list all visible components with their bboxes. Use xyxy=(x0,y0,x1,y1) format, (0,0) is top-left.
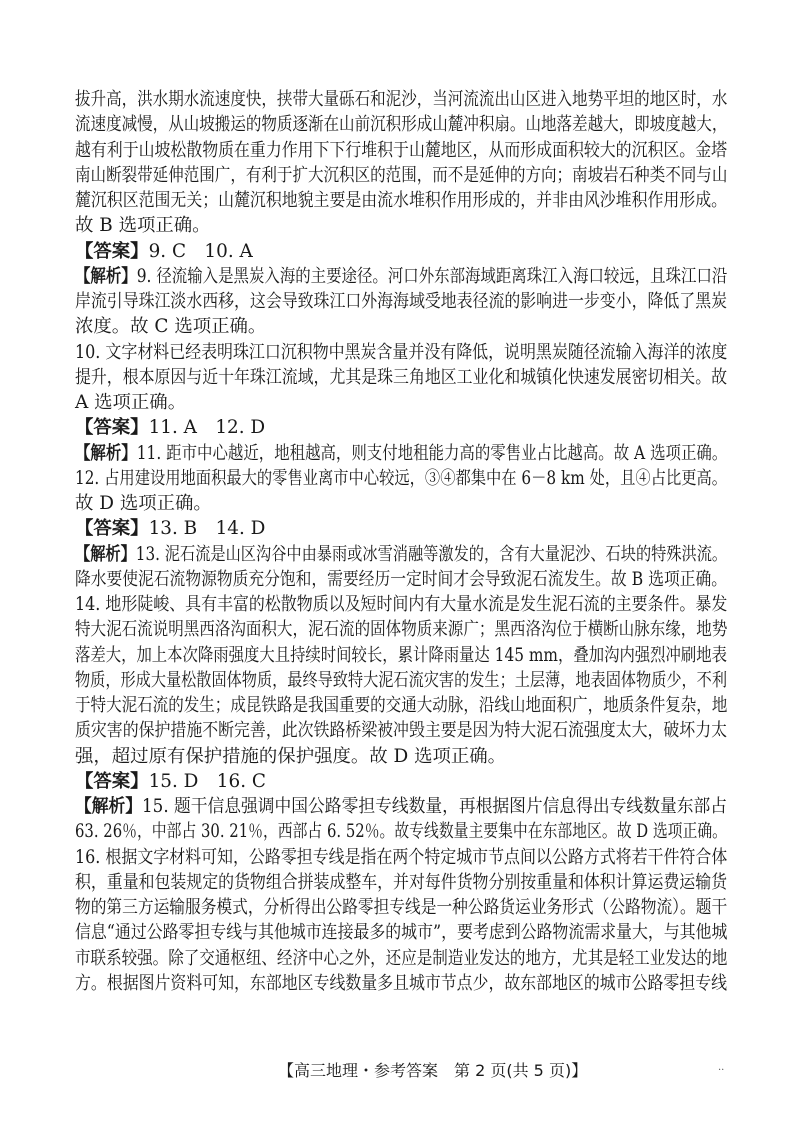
line-text: 12. 占用建设用地面积最大的零售业离市中心较远，③④都集中在 6－8 km 处… xyxy=(75,468,727,489)
text-line: 岸流引导珠江淡水西移，这会导致珠江口外海海域受地表径流的影响进一步变小，降低了黑… xyxy=(75,289,727,314)
line-text: 故 D 选项正确。 xyxy=(75,493,212,514)
line-text: 13. 泥石流是山区沟谷中由暴雨或冰雪消融等激发的，含有大量泥沙、石块的特殊洪流… xyxy=(136,544,727,565)
line-text: 15. 题干信息强调中国公路零担专线数量，再根据图片信息得出专线数量东部占 xyxy=(142,796,727,817)
text-line: 14. 地形陡峻、具有丰富的松散物质以及短时间内有大量水流是发生泥石流的主要条件… xyxy=(75,592,727,617)
text-line: 物的第三方运输服务模式，分析得出公路零担专线是一种公路货运业务形式（公路物流）。… xyxy=(75,895,727,920)
text-line: 故 D 选项正确。 xyxy=(75,491,727,516)
line-text: 越有利于山坡松散物质在重力作用下下行堆积于山麓地区，从而形成面积较大的沉积区。金… xyxy=(75,140,727,161)
line-text: A 选项正确。 xyxy=(75,392,186,413)
text-line: 落差大，加上本次降雨强度大且持续时间较长，累计降雨量达 145 mm，叠加沟内强… xyxy=(75,643,727,668)
page-footer: 【高三地理・参考答案 第 2 页(共 5 页)】 xyxy=(278,1058,587,1081)
line-text: 63. 26％，中部占 30. 21％，西部占 6. 52％。故专线数量主要集中… xyxy=(75,821,727,842)
line-text: 拔升高，洪水期水流速度快，挟带大量砾石和泥沙，当河流流出山区进入地势平坦的地区时… xyxy=(75,89,727,110)
line-text: 南山断裂带延伸范围广，有利于扩大沉积区的范围，而不是延伸的方向；南坡岩石种类不同… xyxy=(75,165,727,186)
text-line: 流速度减慢，从山坡搬运的物质逐渐在山前沉积形成山麓冲积扇。山地落差越大，即坡度越… xyxy=(75,112,727,137)
answer-line: 【答案】11. A 12. D xyxy=(75,415,727,440)
line-text: 提升，根本原因与近十年珠江流域，尤其是珠三角地区工业化和城镇化快速发展密切相关。… xyxy=(75,367,727,388)
answer-line: 【答案】15. D 16. C xyxy=(75,769,727,794)
text-line: 麓沉积区范围无关；山麓沉积地貌主要是由流水堆积作用形成的，并非由风沙堆积作用形成… xyxy=(75,188,727,213)
line-text: 市联系较强。除了交通枢纽、经济中心之外，还应是制造业发达的地方，尤其是轻工业发达… xyxy=(75,948,727,969)
answer-line: 【答案】13. B 14. D xyxy=(75,516,727,541)
text-line: 降水要使泥石流物源物质充分饱和，需要经历一定时间才会导致泥石流发生。故 B 选项… xyxy=(75,567,727,592)
text-line: 浓度。故 C 选项正确。 xyxy=(75,314,727,339)
line-text: 11. A 12. D xyxy=(149,417,266,438)
analysis-label: 【解析】 xyxy=(75,266,137,287)
text-line: 拔升高，洪水期水流速度快，挟带大量砾石和泥沙，当河流流出山区进入地势平坦的地区时… xyxy=(75,87,727,112)
analysis-label: 【解析】 xyxy=(75,796,142,817)
text-line: 越有利于山坡松散物质在重力作用下下行堆积于山麓地区，从而形成面积较大的沉积区。金… xyxy=(75,138,727,163)
line-text: 故 B 选项正确。 xyxy=(75,215,211,236)
line-text: 16. 根据文字材料可知，公路零担专线是指在两个特定城市节点间以公路方式将若干件… xyxy=(75,847,727,868)
line-text: 落差大，加上本次降雨强度大且持续时间较长，累计降雨量达 145 mm，叠加沟内强… xyxy=(75,645,727,666)
line-text: 11. 距市中心越近，地租越高，则支付地租能力高的零售业占比越高。故 A 选项正… xyxy=(137,443,728,464)
line-text: 13. B 14. D xyxy=(149,518,266,539)
text-line: A 选项正确。 xyxy=(75,390,727,415)
text-line: 强，超过原有保护措施的保护强度。故 D 选项正确。 xyxy=(75,744,727,769)
answer-document: 拔升高，洪水期水流速度快，挟带大量砾石和泥沙，当河流流出山区进入地势平坦的地区时… xyxy=(75,87,727,996)
line-text: 岸流引导珠江淡水西移，这会导致珠江口外海海域受地表径流的影响进一步变小，降低了黑… xyxy=(75,291,727,312)
answer-label: 【答案】 xyxy=(75,771,149,792)
analysis-line: 【解析】9. 径流输入是黑炭入海的主要途径。河口外东部海域距离珠江入海口较远，且… xyxy=(75,264,727,289)
line-text: 流速度减慢，从山坡搬运的物质逐渐在山前沉积形成山麓冲积扇。山地落差越大，即坡度越… xyxy=(75,114,727,135)
text-line: 信息“通过公路零担专线与其他城市连接最多的城市”，要考虑到公路物流需求量大，与其… xyxy=(75,920,727,945)
line-text: 于特大泥石流的发生；成昆铁路是我国重要的交通大动脉，沿线山地面积广，地质条件复杂… xyxy=(75,695,727,716)
line-text: 10. 文字材料已经表明珠江口沉积物中黑炭含量并没有降低，说明黑炭随径流输入海洋… xyxy=(75,342,727,363)
line-text: 信息“通过公路零担专线与其他城市连接最多的城市”，要考虑到公路物流需求量大，与其… xyxy=(75,922,727,943)
line-text: 浓度。故 C 选项正确。 xyxy=(75,316,266,337)
line-text: 强，超过原有保护措施的保护强度。故 D 选项正确。 xyxy=(75,746,506,767)
analysis-line: 【解析】13. 泥石流是山区沟谷中由暴雨或冰雪消融等激发的，含有大量泥沙、石块的… xyxy=(75,542,727,567)
text-line: 提升，根本原因与近十年珠江流域，尤其是珠三角地区工业化和城镇化快速发展密切相关。… xyxy=(75,365,727,390)
text-line: 故 B 选项正确。 xyxy=(75,213,727,238)
line-text: 麓沉积区范围无关；山麓沉积地貌主要是由流水堆积作用形成的，并非由风沙堆积作用形成… xyxy=(75,190,727,211)
line-text: 积，重量和包装规定的货物组合拼装成整车，并对每件货物分别按重量和体积计算运费运输… xyxy=(75,872,727,893)
text-line: 特大泥石流说明黑西洛沟面积大，泥石流的固体物质来源广；黑西洛沟位于横断山脉东缘，… xyxy=(75,617,727,642)
line-text: 物质，形成大量松散固体物质，最终导致特大泥石流灾害的发生；土层薄，地表固体物质少… xyxy=(75,670,727,691)
scan-marks: .. xyxy=(718,1062,724,1073)
text-line: 12. 占用建设用地面积最大的零售业离市中心较远，③④都集中在 6－8 km 处… xyxy=(75,466,727,491)
line-text: 15. D 16. C xyxy=(149,771,266,792)
answer-line: 【答案】9. C 10. A xyxy=(75,239,727,264)
text-line: 10. 文字材料已经表明珠江口沉积物中黑炭含量并没有降低，说明黑炭随径流输入海洋… xyxy=(75,340,727,365)
line-text: 14. 地形陡峻、具有丰富的松散物质以及短时间内有大量水流是发生泥石流的主要条件… xyxy=(75,594,727,615)
line-text: 物的第三方运输服务模式，分析得出公路零担专线是一种公路货运业务形式（公路物流）。… xyxy=(75,897,727,918)
document-body: 拔升高，洪水期水流速度快，挟带大量砾石和泥沙，当河流流出山区进入地势平坦的地区时… xyxy=(75,87,727,996)
line-text: 降水要使泥石流物源物质充分饱和，需要经历一定时间才会导致泥石流发生。故 B 选项… xyxy=(75,569,727,590)
analysis-label: 【解析】 xyxy=(75,443,137,464)
analysis-line: 【解析】11. 距市中心越近，地租越高，则支付地租能力高的零售业占比越高。故 A… xyxy=(75,441,727,466)
text-line: 积，重量和包装规定的货物组合拼装成整车，并对每件货物分别按重量和体积计算运费运输… xyxy=(75,870,727,895)
line-text: 特大泥石流说明黑西洛沟面积大，泥石流的固体物质来源广；黑西洛沟位于横断山脉东缘，… xyxy=(75,619,727,640)
text-line: 物质，形成大量松散固体物质，最终导致特大泥石流灾害的发生；土层薄，地表固体物质少… xyxy=(75,668,727,693)
text-line: 南山断裂带延伸范围广，有利于扩大沉积区的范围，而不是延伸的方向；南坡岩石种类不同… xyxy=(75,163,727,188)
line-text: 9. 径流输入是黑炭入海的主要途径。河口外东部海域距离珠江入海口较远，且珠江口沿 xyxy=(137,266,728,287)
line-text: 9. C 10. A xyxy=(149,241,253,262)
text-line: 方。根据图片资料可知，东部地区专线数量多且城市节点少，故东部地区的城市公路零担专… xyxy=(75,971,727,996)
text-line: 质灾害的保护措施不断完善，此次铁路桥梁被冲毁主要是因为特大泥石流强度太大，破坏力… xyxy=(75,718,727,743)
text-line: 于特大泥石流的发生；成昆铁路是我国重要的交通大动脉，沿线山地面积广，地质条件复杂… xyxy=(75,693,727,718)
text-line: 16. 根据文字材料可知，公路零担专线是指在两个特定城市节点间以公路方式将若干件… xyxy=(75,845,727,870)
answer-label: 【答案】 xyxy=(75,417,149,438)
text-line: 市联系较强。除了交通枢纽、经济中心之外，还应是制造业发达的地方，尤其是轻工业发达… xyxy=(75,946,727,971)
answer-label: 【答案】 xyxy=(75,518,149,539)
line-text: 质灾害的保护措施不断完善，此次铁路桥梁被冲毁主要是因为特大泥石流强度太大，破坏力… xyxy=(75,720,727,741)
analysis-line: 【解析】15. 题干信息强调中国公路零担专线数量，再根据图片信息得出专线数量东部… xyxy=(75,794,727,819)
line-text: 方。根据图片资料可知，东部地区专线数量多且城市节点少，故东部地区的城市公路零担专… xyxy=(75,973,727,994)
text-line: 63. 26％，中部占 30. 21％，西部占 6. 52％。故专线数量主要集中… xyxy=(75,819,727,844)
answer-label: 【答案】 xyxy=(75,241,149,262)
analysis-label: 【解析】 xyxy=(75,544,136,565)
